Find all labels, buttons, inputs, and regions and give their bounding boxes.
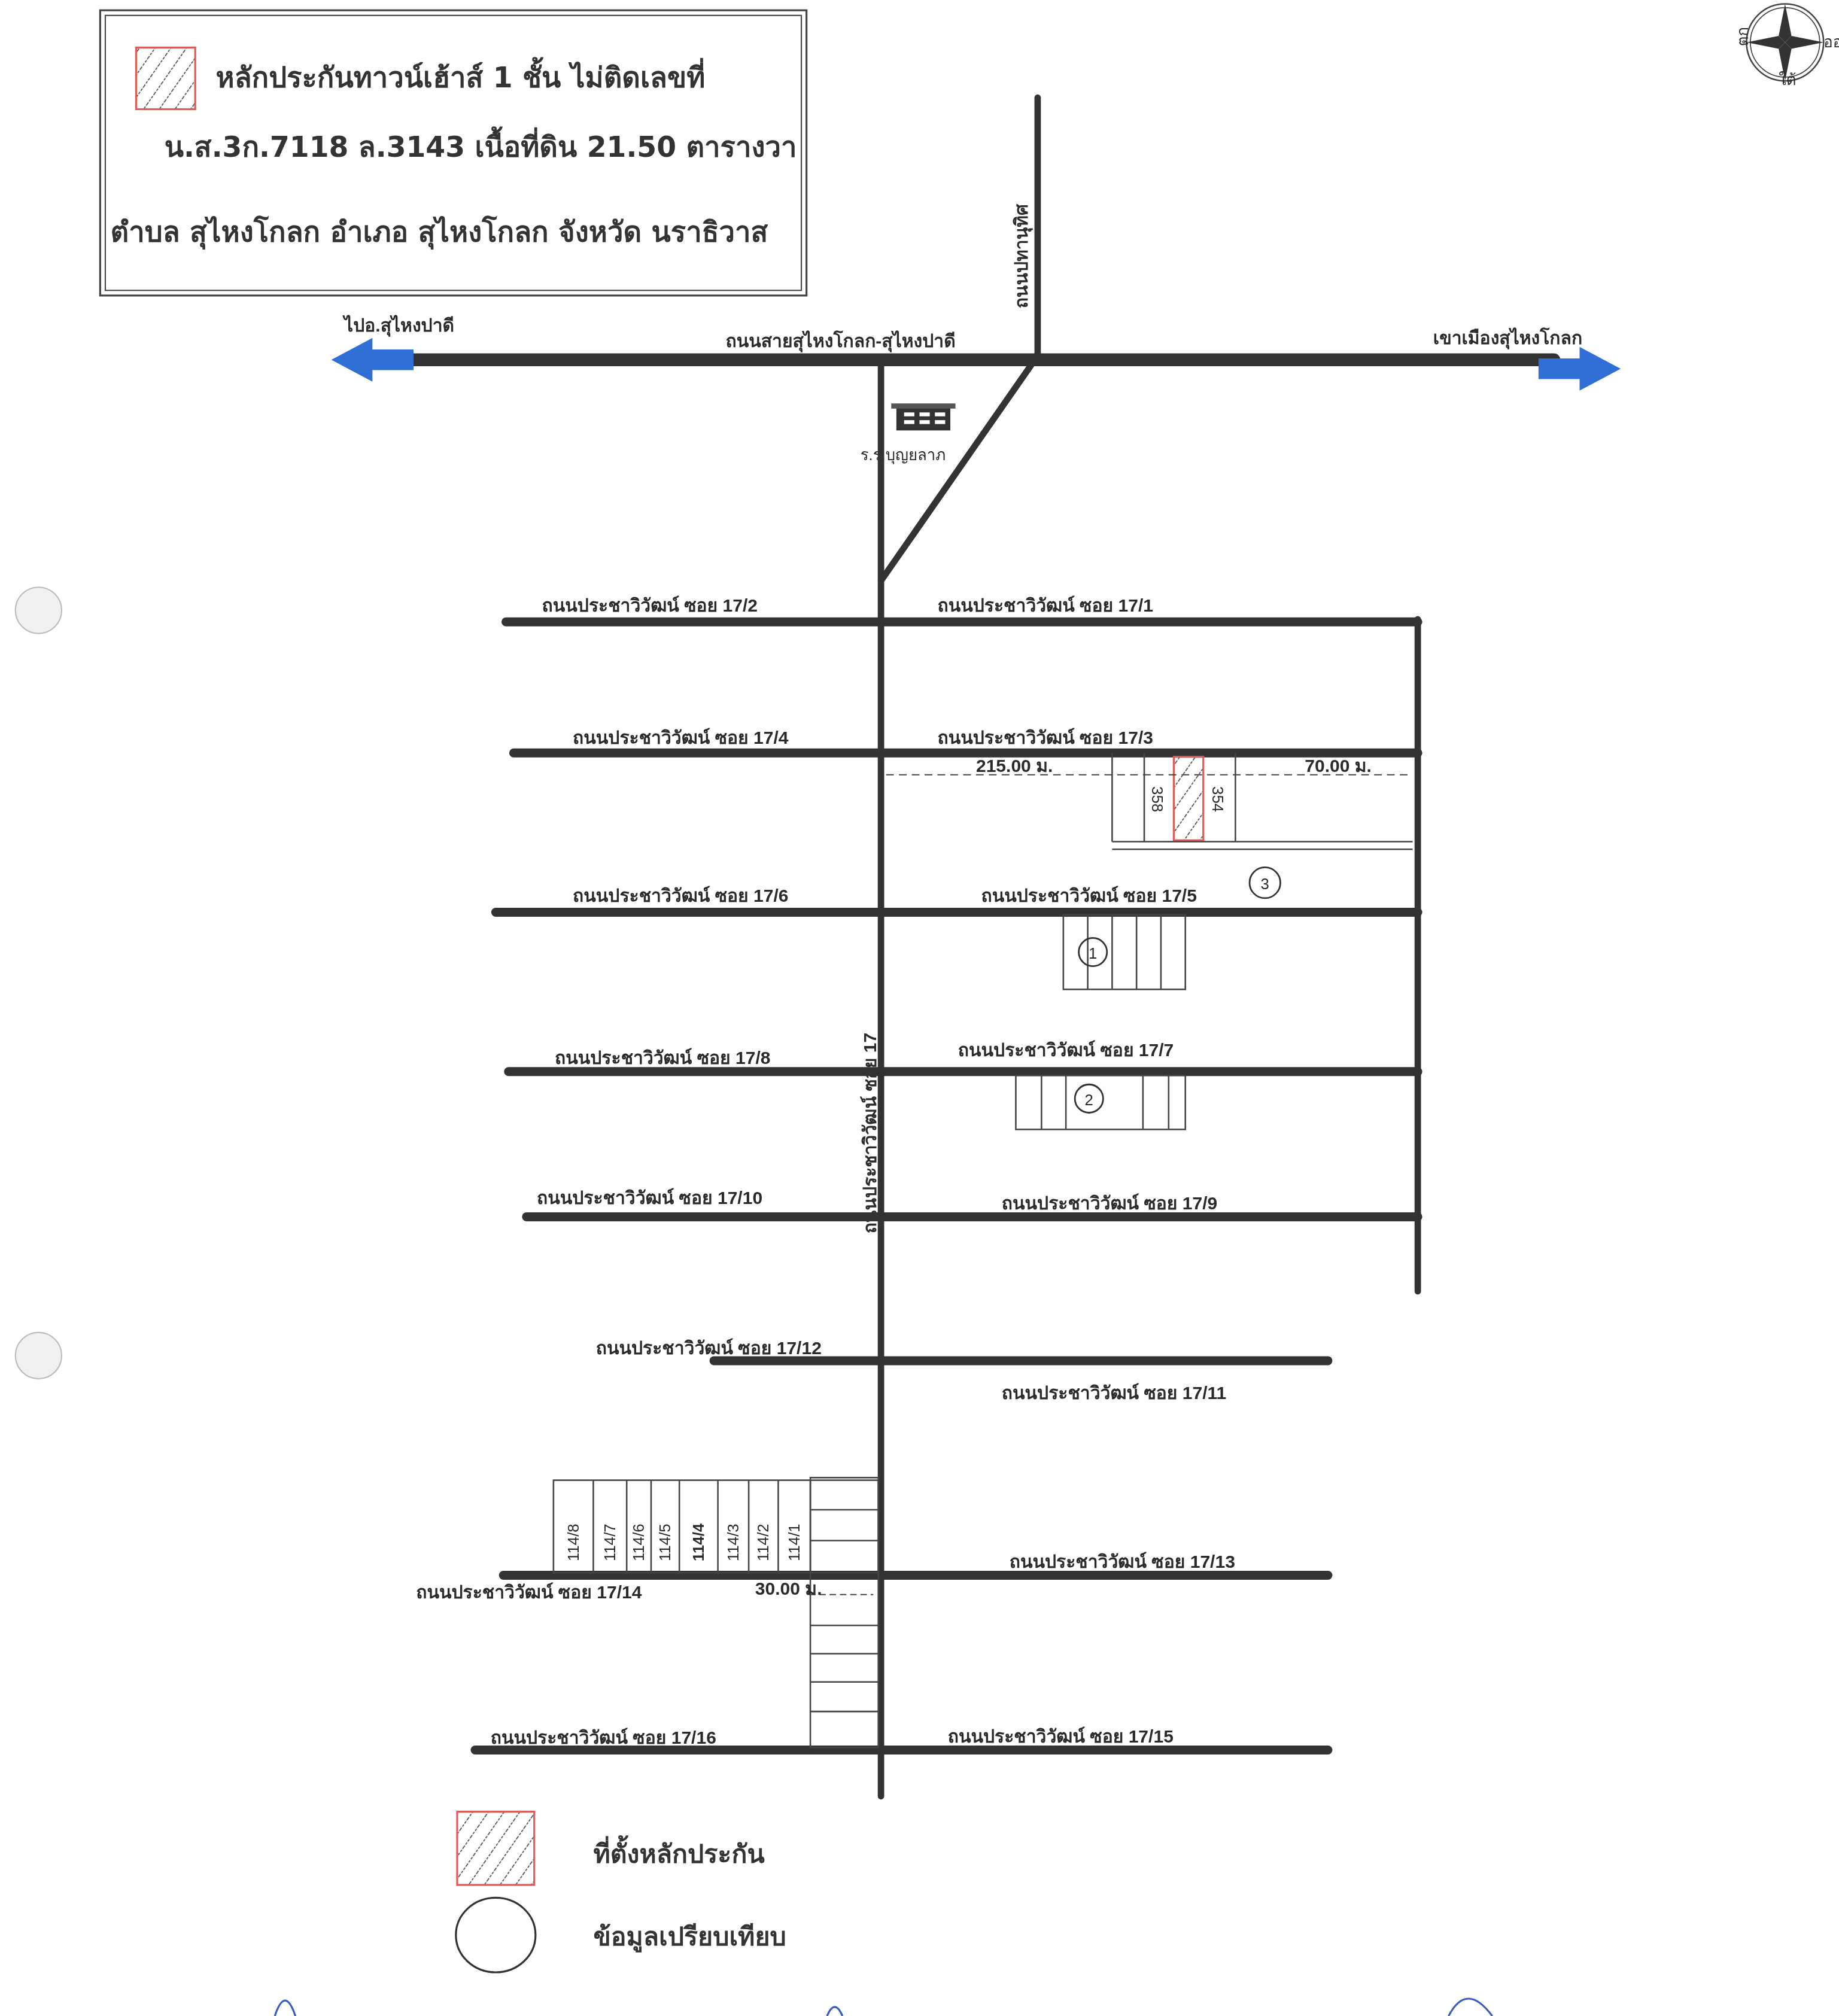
soi-label-s14: ถนนประชาวิวัฒน์ ซอย 17/14 (416, 1582, 642, 1603)
house-row-114: 114/8114/7114/6114/5114/4114/3114/2114/1 (554, 1480, 879, 1573)
house-number-354: 354 (1209, 786, 1226, 812)
right-arrow-label: เขาเมืองสุไหงโกลก (1433, 327, 1582, 349)
arrow-left-icon (332, 338, 414, 382)
title-line-2: น.ส.3ก.7118 ล.3143 เนื้อที่ดิน 21.50 ตาร… (165, 126, 797, 164)
svg-text:3: 3 (1261, 876, 1269, 893)
house-number-label: 114/3 (725, 1524, 742, 1561)
comparable-2-block (1016, 1075, 1185, 1129)
soi-label-s12: ถนนประชาวิวัฒน์ ซอย 17/12 (596, 1338, 822, 1358)
punch-hole (16, 1333, 62, 1379)
punch-hole (16, 587, 62, 633)
soi-label-s13: ถนนประชาวิวัฒน์ ซอย 17/13 (1010, 1552, 1235, 1572)
comparable-marker-1: 1 (1079, 938, 1107, 966)
title-line-1: หลักประกันทาวน์เฮ้าส์ 1 ชั้น ไม่ติดเลขที… (216, 57, 706, 95)
diagonal-road (881, 365, 1031, 581)
house-number-label: 114/8 (566, 1524, 582, 1561)
location-map: หลักประกันทาวน์เฮ้าส์ 1 ชั้น ไม่ติดเลขที… (0, 0, 1839, 2016)
pen-mark (275, 2000, 295, 2016)
soi-label-s3: ถนนประชาวิวัฒน์ ซอย 17/3 (938, 728, 1153, 748)
subject-hatch-swatch (136, 47, 195, 109)
subject-property (1174, 757, 1203, 841)
comparable-1-block (1063, 915, 1186, 990)
legend-comparable-swatch (456, 1898, 536, 1972)
house-number-label: 114/2 (755, 1524, 772, 1561)
legend: ที่ตั้งหลักประกัน ข้อมูลเปรียบเทียบ (456, 1812, 786, 1972)
legend-subject-label: ที่ตั้งหลักประกัน (593, 1835, 764, 1869)
svg-text:2: 2 (1085, 1092, 1093, 1109)
distance-left: 215.00 ม. (976, 756, 1053, 776)
house-number-label: 114/6 (631, 1524, 648, 1561)
left-arrow-label: ไปอ.สุไหงปาดี (342, 315, 454, 337)
distance-right: 70.00 ม. (1305, 756, 1372, 776)
main-road: ไปอ.สุไหงปาดี เขาเมืองสุไหงโกลก ถนนสายสุ… (332, 315, 1621, 391)
compass-icon: ตก ออก ใต้ (1735, 4, 1839, 88)
soi-label-s9: ถนนประชาวิวัฒน์ ซอย 17/9 (1002, 1193, 1217, 1214)
main-road-label: ถนนสายสุไหงโกลก-สุไหงปาดี (725, 330, 955, 352)
distance-bottom: 30.00 ม. (755, 1579, 822, 1599)
soi-label-s5: ถนนประชาวิวัฒน์ ซอย 17/5 (981, 886, 1197, 906)
svg-text:1: 1 (1089, 945, 1097, 962)
legend-comparable-label: ข้อมูลเปรียบเทียบ (593, 1922, 786, 1953)
comparable-marker-3: 3 (1250, 867, 1281, 898)
house-number-358: 358 (1148, 786, 1165, 812)
soi-label-s1: ถนนประชาวิวัฒน์ ซอย 17/1 (938, 595, 1153, 616)
soi-roads: ถนนประชาวิวัฒน์ ซอย 17/2ถนนประชาวิวัฒน์ … (416, 595, 1418, 1750)
house-number-label: 114/7 (602, 1524, 619, 1561)
vertical-road-label: ถนนประชาวิวัฒน์ ซอย 17 (860, 1033, 880, 1234)
title-line-3: ตำบล สุไหงโกลก อำเภอ สุไหงโกลก จังหวัด น… (111, 215, 768, 250)
school-icon (891, 403, 955, 430)
soi-label-s10: ถนนประชาวิวัฒน์ ซอย 17/10 (537, 1188, 762, 1208)
soi-label-s7: ถนนประชาวิวัฒน์ ซอย 17/7 (958, 1040, 1174, 1060)
soi-label-s15: ถนนประชาวิวัฒน์ ซอย 17/15 (948, 1726, 1174, 1747)
subject-property-block: 215.00 ม. 70.00 ม. 358 354 (886, 753, 1413, 849)
compass-west: ตก (1735, 27, 1752, 46)
legend-subject-swatch (457, 1812, 534, 1885)
house-number-label: 114/4 (691, 1523, 707, 1561)
soi-label-s16: ถนนประชาวิวัฒน์ ซอย 17/16 (491, 1728, 716, 1748)
pen-mark (827, 2007, 843, 2016)
north-road-label: ถนนปทานุทิศ (1012, 203, 1033, 308)
soi-label-s8: ถนนประชาวิวัฒน์ ซอย 17/8 (555, 1048, 770, 1068)
compass-east: ออก (1823, 34, 1839, 51)
compass-south: ใต้ (1779, 71, 1796, 89)
title-box: หลักประกันทาวน์เฮ้าส์ 1 ชั้น ไม่ติดเลขที… (100, 10, 806, 296)
house-number-label: 114/1 (786, 1524, 803, 1561)
stacked-block: 30.00 ม. (755, 1477, 879, 1747)
comparable-marker-2: 2 (1075, 1084, 1103, 1112)
soi-label-s4: ถนนประชาวิวัฒน์ ซอย 17/4 (573, 728, 789, 748)
school-label: ร.ร.บุญยลาภ (861, 447, 946, 464)
pen-mark (1449, 1999, 1493, 2016)
soi-label-s6: ถนนประชาวิวัฒน์ ซอย 17/6 (573, 886, 788, 906)
soi-label-s11: ถนนประชาวิวัฒน์ ซอย 17/11 (1002, 1383, 1226, 1403)
house-number-label: 114/5 (657, 1524, 674, 1561)
soi-label-s2: ถนนประชาวิวัฒน์ ซอย 17/2 (542, 595, 758, 616)
